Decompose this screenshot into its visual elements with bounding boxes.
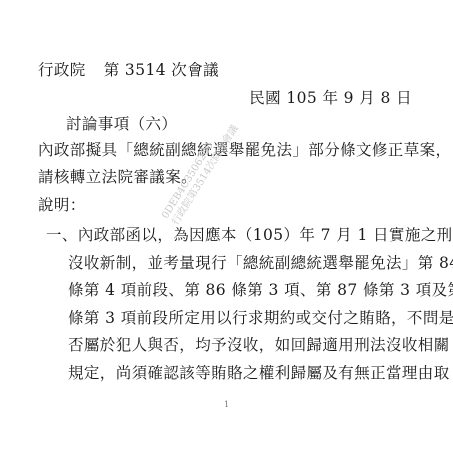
page-number: 1 xyxy=(224,400,229,409)
item-1-line-6: 規定，尚須確認該等賄賂之權利歸屬及有無正當理由取 xyxy=(68,363,412,383)
explanation-label: 說明： xyxy=(38,195,86,215)
meeting-header: 行政院第 3514 次會議 xyxy=(38,60,219,80)
item-1-line-5: 否屬於犯人與否，均予沒收，如回歸適用刑法沒收相關 xyxy=(68,335,412,355)
agency-name: 行政院 xyxy=(38,61,86,79)
item-1-first-line: 一、內政部函以，為因應本（105）年 7 月 1 日實施之刑法 xyxy=(46,225,416,245)
document-page: 行政院第 3514 次會議 民國 105 年 9 月 8 日 討論事項（六） 內… xyxy=(0,0,453,453)
meeting-date: 民國 105 年 9 月 8 日 xyxy=(249,88,412,108)
meeting-number: 第 3514 次會議 xyxy=(104,61,219,79)
item-1-line-4: 條第 3 項前段所定用以行求期約或交付之賄賂，不問是 xyxy=(68,308,412,328)
discussion-topic: 討論事項（六） xyxy=(66,114,177,134)
item-1-line-2: 沒收新制，並考量現行「總統副總統選舉罷免法」第 84 xyxy=(68,253,412,273)
item-1-line-3: 條第 4 項前段、第 86 條第 3 項、第 87 條第 3 項及第 89 xyxy=(68,280,412,300)
proposal-line-2: 請核轉立法院審議案。 xyxy=(38,167,197,187)
item-marker: 一、 xyxy=(46,226,78,244)
proposal-line-1: 內政部擬具「總統副總統選舉罷免法」部分條文修正草案， xyxy=(38,140,412,160)
item-text: 內政部函以，為因應本（105）年 7 月 1 日實施之刑法 xyxy=(78,225,416,245)
